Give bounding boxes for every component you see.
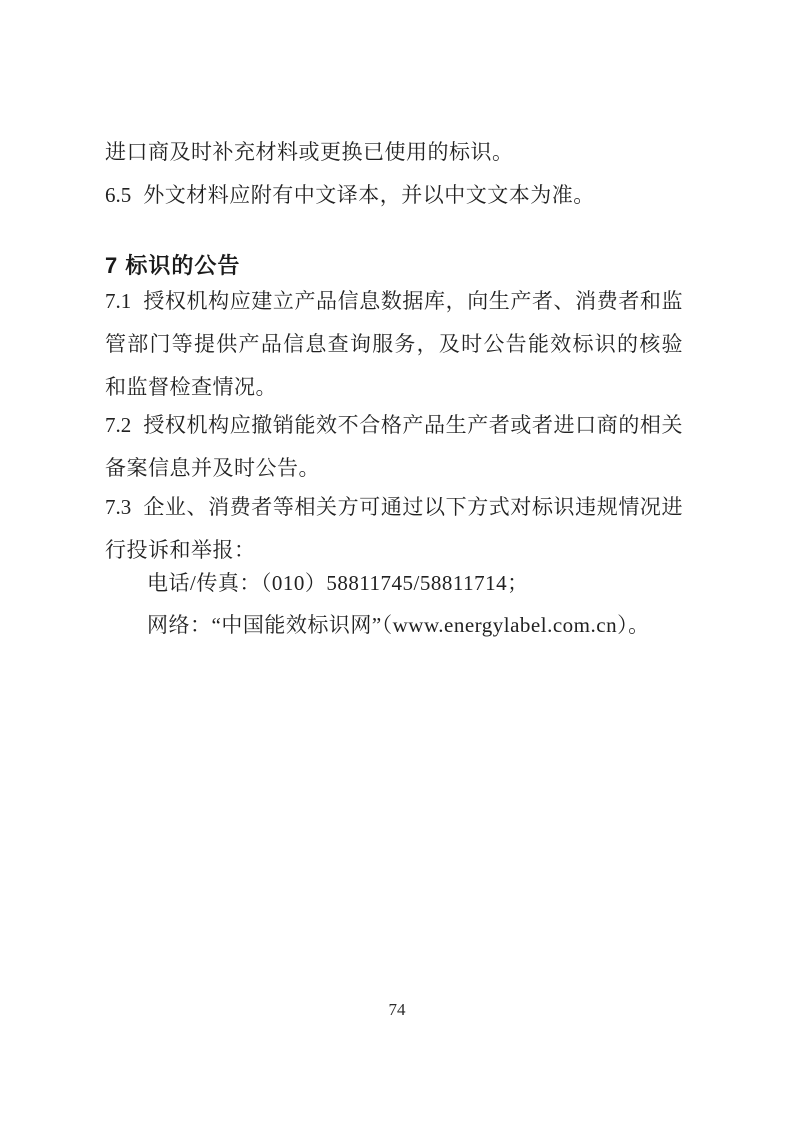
paragraph-continuation: 进口商及时补充材料或更换已使用的标识。 <box>105 131 683 174</box>
page-number: 74 <box>0 999 794 1021</box>
clause-7-3-number: 7.3 <box>105 495 131 519</box>
document-page: 进口商及时补充材料或更换已使用的标识。 6.5外文材料应附有中文译本，并以中文文… <box>0 0 794 1123</box>
contact-web-line: 网络：“中国能效标识网”（www.energylabel.com.cn）。 <box>147 604 683 647</box>
clause-7-1-number: 7.1 <box>105 289 131 313</box>
section-7-heading: 7 标识的公告 <box>105 250 683 282</box>
clause-7-3: 7.3企业、消费者等相关方可通过以下方式对标识违规情况进行投诉和举报： <box>105 486 683 572</box>
clause-7-3-text: 企业、消费者等相关方可通过以下方式对标识违规情况进行投诉和举报： <box>105 495 683 562</box>
clause-7-2: 7.2授权机构应撤销能效不合格产品生产者或者进口商的相关备案信息并及时公告。 <box>105 404 683 490</box>
clause-7-1-text: 授权机构应建立产品信息数据库，向生产者、消费者和监管部门等提供产品信息查询服务，… <box>105 289 683 399</box>
clause-6-5-number: 6.5 <box>105 183 131 207</box>
clause-7-2-number: 7.2 <box>105 413 131 437</box>
clause-7-1: 7.1授权机构应建立产品信息数据库，向生产者、消费者和监管部门等提供产品信息查询… <box>105 280 683 409</box>
contact-phone-line: 电话/传真：（010）58811745/58811714； <box>147 562 683 605</box>
clause-6-5: 6.5外文材料应附有中文译本，并以中文文本为准。 <box>105 174 683 217</box>
clause-7-2-text: 授权机构应撤销能效不合格产品生产者或者进口商的相关备案信息并及时公告。 <box>105 413 683 480</box>
clause-6-5-text: 外文材料应附有中文译本，并以中文文本为准。 <box>143 183 595 207</box>
